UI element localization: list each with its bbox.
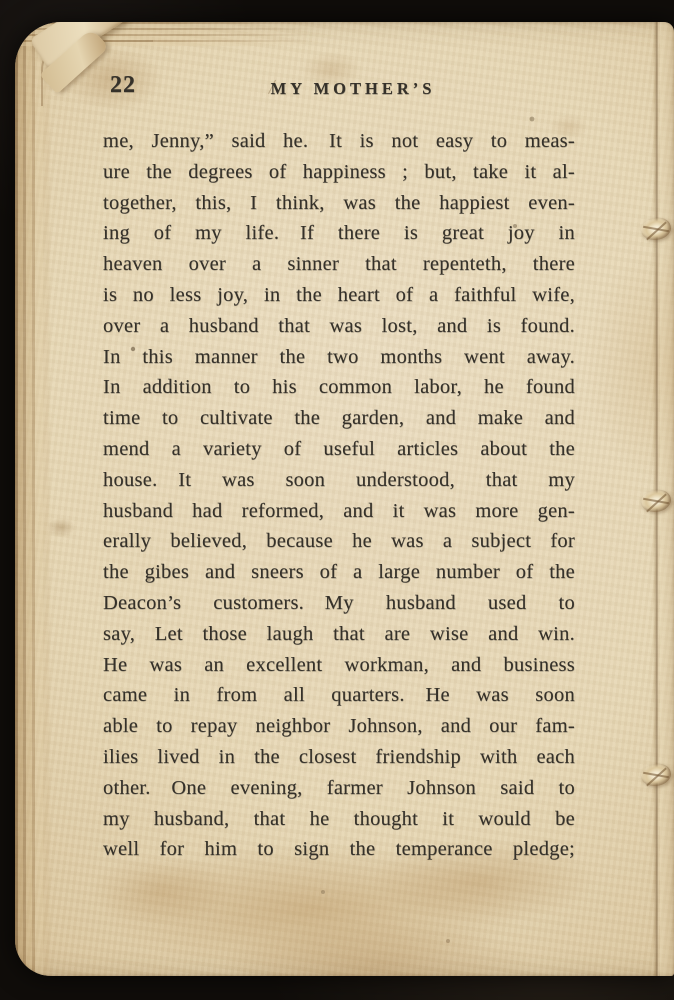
text-line: time to cultivate the garden, and make a… [103, 403, 575, 434]
page-header: 22 / MY MOTHER’S [103, 72, 575, 104]
page-deckle-edge [15, 22, 51, 976]
text-line: ilies lived in the closest friendship wi… [103, 742, 575, 773]
text-line: came in from all quarters. He was soon [103, 680, 575, 711]
text-line: ure the degrees of happiness ; but, take… [103, 157, 575, 188]
text-line: husband had reformed, and it was more ge… [103, 496, 575, 527]
binding-stitch [639, 215, 673, 244]
book-photo: 22 / MY MOTHER’S me, Jenny,” said he. It… [0, 0, 674, 1000]
text-line: He was an excellent workman, and busines… [103, 650, 575, 681]
text-line: In this manner the two months went away. [103, 342, 575, 373]
fold-flap-inner [40, 28, 109, 94]
body-text: me, Jenny,” said he. It is not easy to m… [103, 126, 575, 865]
text-line: Deacon’s customers. My husband used to [103, 588, 575, 619]
text-line: the gibes and sneers of a large number o… [103, 557, 575, 588]
binding-stitch [639, 487, 673, 516]
text-line: other. One evening, farmer Johnson said … [103, 773, 575, 804]
text-line: together, this, I think, was the happies… [103, 188, 575, 219]
text-line: well for him to sign the temperance pled… [103, 834, 575, 865]
fold-flap [29, 22, 129, 70]
text-line: house. It was soon understood, that my [103, 465, 575, 496]
text-line: over a husband that was lost, and is fou… [103, 311, 575, 342]
text-line: able to repay neighbor Johnson, and our … [103, 711, 575, 742]
stacked-page-edges [15, 22, 318, 46]
text-line: my husband, that he thought it would be [103, 804, 575, 835]
ink-specks [15, 22, 17, 24]
binding-stitch [639, 761, 673, 790]
running-title: MY MOTHER’S [271, 79, 436, 99]
text-line: ing of my life. If there is great joy in [103, 218, 575, 249]
book-page: 22 / MY MOTHER’S me, Jenny,” said he. It… [15, 22, 674, 976]
text-line: erally believed, because he was a subjec… [103, 526, 575, 557]
text-block: 22 / MY MOTHER’S me, Jenny,” said he. It… [103, 72, 575, 865]
text-line: In addition to his common labor, he foun… [103, 372, 575, 403]
text-line: me, Jenny,” said he. It is not easy to m… [103, 126, 575, 157]
page-number: 22 [110, 72, 136, 99]
text-line: mend a variety of useful articles about … [103, 434, 575, 465]
text-line: heaven over a sinner that repenteth, the… [103, 249, 575, 280]
text-line: is no less joy, in the heart of a faithf… [103, 280, 575, 311]
text-line: say, Let those laugh that are wise and w… [103, 619, 575, 650]
